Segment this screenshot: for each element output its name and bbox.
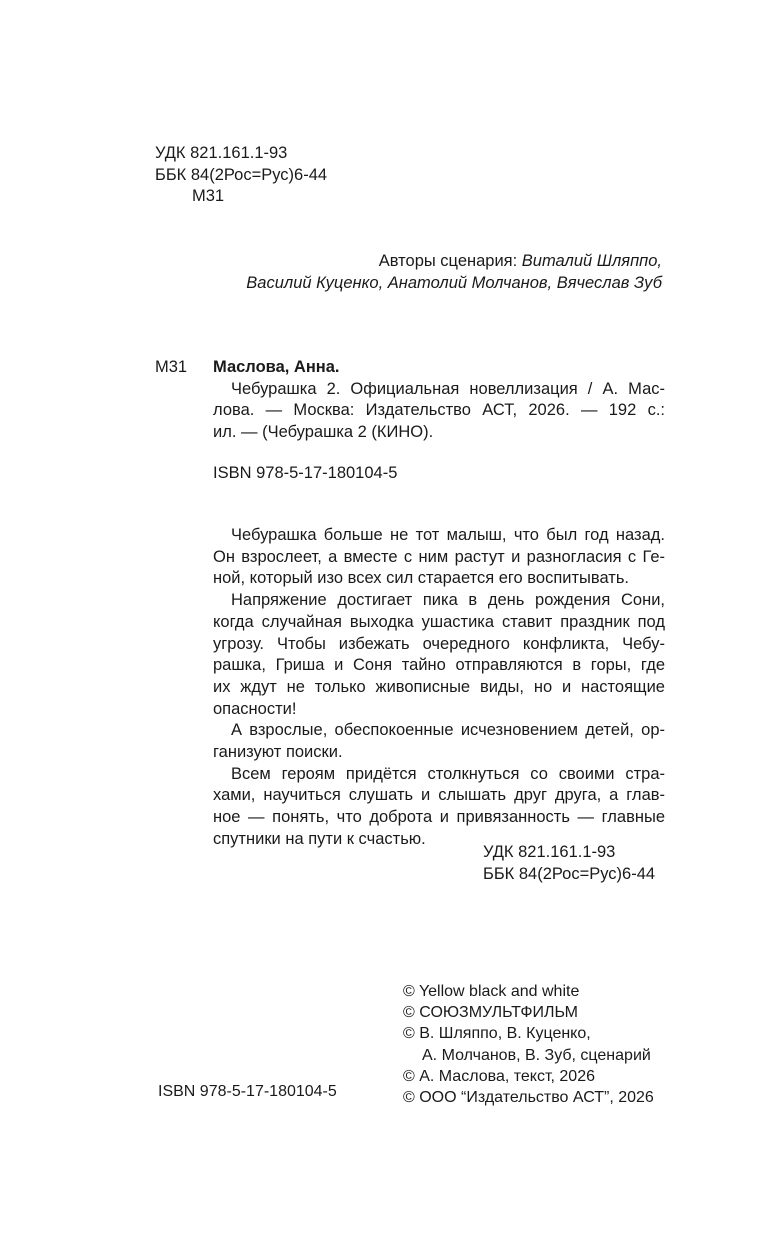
annotation-line: Всем героям придётся столкнуться со свои… [213, 764, 665, 786]
bibliographic-entry: Маслова, Анна. Чебурашка 2. Официальная … [213, 357, 665, 444]
isbn-main: ISBN 978-5-17-180104-5 [213, 463, 397, 485]
annotation-line: А взрослые, обеспокоенные исчезновением … [213, 720, 665, 742]
copyright-block: © Yellow black and white © СОЮЗМУЛЬТФИЛЬ… [403, 981, 654, 1108]
annotation-line: опасности! [213, 699, 665, 721]
annotation-line: когда случайная выходка ушастика ставит … [213, 612, 665, 634]
entry-author-mark: М31 [155, 357, 187, 379]
entry-author: Маслова, Анна. [213, 357, 665, 379]
entry-line: ил. — (Чебурашка 2 (КИНО). [213, 422, 665, 444]
screenwriters-line-1: Авторы сценария: Виталий Шляппо, [246, 251, 662, 273]
annotation-line: их ждут не только живописные виды, но и … [213, 677, 665, 699]
annotation-line: ной, который изо всех сил старается его … [213, 568, 665, 590]
screenwriters-label: Авторы сценария: [379, 252, 522, 270]
annotation-line: Напряжение достигает пика в день рождени… [213, 590, 665, 612]
udk-code: УДК 821.161.1-93 [483, 842, 655, 864]
screenwriters-names-1: Виталий Шляппо, [522, 252, 662, 270]
entry-line: Чебурашка 2. Официальная новеллизация / … [213, 379, 665, 401]
classification-codes-bottom: УДК 821.161.1-93 ББК 84(2Рос=Рус)6-44 [483, 842, 655, 885]
annotation-line: ганизуют поиски. [213, 742, 665, 764]
copyright-line: © В. Шляппо, В. Куценко, [403, 1023, 654, 1044]
copyright-line: © А. Маслова, текст, 2026 [403, 1066, 654, 1087]
screenwriters-names-2: Василий Куценко, Анатолий Молчанов, Вяче… [246, 274, 662, 292]
copyright-line: А. Молчанов, В. Зуб, сценарий [403, 1045, 654, 1066]
annotation: Чебурашка больше не тот малыш, что был г… [213, 525, 665, 851]
copyright-line: © Yellow black and white [403, 981, 654, 1002]
classification-codes-top: УДК 821.161.1-93 ББК 84(2Рос=Рус)6-44 М3… [155, 143, 327, 208]
annotation-line: рашка, Гриша и Соня тайно отправляются в… [213, 655, 665, 677]
screenwriters-line-2: Василий Куценко, Анатолий Молчанов, Вяче… [246, 273, 662, 295]
annotation-line: ное — понять, что доброта и привязанност… [213, 807, 665, 829]
entry-line: лова. — Москва: Издательство АСТ, 2026. … [213, 400, 665, 422]
annotation-line: хами, научиться слушать и слышать друг д… [213, 785, 665, 807]
isbn-bottom: ISBN 978-5-17-180104-5 [158, 1081, 337, 1102]
annotation-line: Чебурашка больше не тот малыш, что был г… [213, 525, 665, 547]
annotation-line: угрозу. Чтобы избежать очередного конфли… [213, 634, 665, 656]
bbk-code: ББК 84(2Рос=Рус)6-44 [483, 864, 655, 886]
author-mark: М31 [155, 186, 327, 208]
annotation-line: Он взрослеет, а вместе с ним растут и ра… [213, 547, 665, 569]
screenwriters-credit: Авторы сценария: Виталий Шляппо, Василий… [246, 251, 662, 294]
copyright-line: © СОЮЗМУЛЬТФИЛЬМ [403, 1002, 654, 1023]
bbk-code: ББК 84(2Рос=Рус)6-44 [155, 165, 327, 187]
copyright-line: © ООО “Издательство АСТ”, 2026 [403, 1087, 654, 1108]
udk-code: УДК 821.161.1-93 [155, 143, 327, 165]
